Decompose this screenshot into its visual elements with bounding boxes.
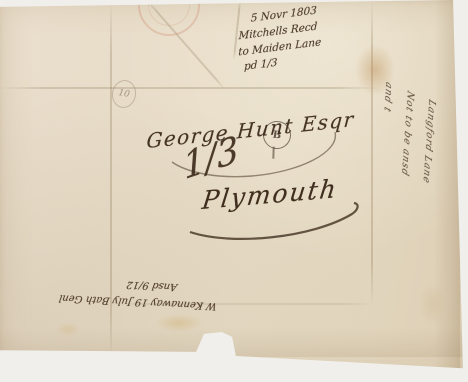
pencil-number-mark: 10 <box>110 78 138 110</box>
letter-photo: 10 5 Novr 1803 Mitchells Recd to Maiden … <box>0 0 468 382</box>
stain-bottom-center <box>155 314 203 332</box>
addressee-name: George Hunt Esqr <box>146 107 356 153</box>
stain-bottom-left <box>56 322 80 336</box>
paper-edge-shading-right <box>434 0 460 382</box>
endorsement-bottom-left: W Kennaway 19 July Bath Genl Ansd 9/12 <box>47 272 220 315</box>
fold-crease-horizontal-top <box>0 87 380 89</box>
docket-top-right: 5 Novr 1803 Mitchells Recd to Maiden Lan… <box>238 0 358 77</box>
receiving-stamp-stroke <box>272 147 274 159</box>
circular-datestamp-inner-ring <box>148 0 190 26</box>
stain-right-edge <box>418 282 446 326</box>
circular-datestamp <box>138 0 200 36</box>
margin-notes-right: Langford Lane Not to be ansd and t <box>366 78 442 278</box>
destination-town: Plymouth <box>200 174 339 215</box>
pencil-number: 10 <box>117 88 130 100</box>
receiving-stamp-letters: B <box>272 129 282 141</box>
letter-paper: 10 5 Novr 1803 Mitchells Recd to Maiden … <box>0 0 468 382</box>
